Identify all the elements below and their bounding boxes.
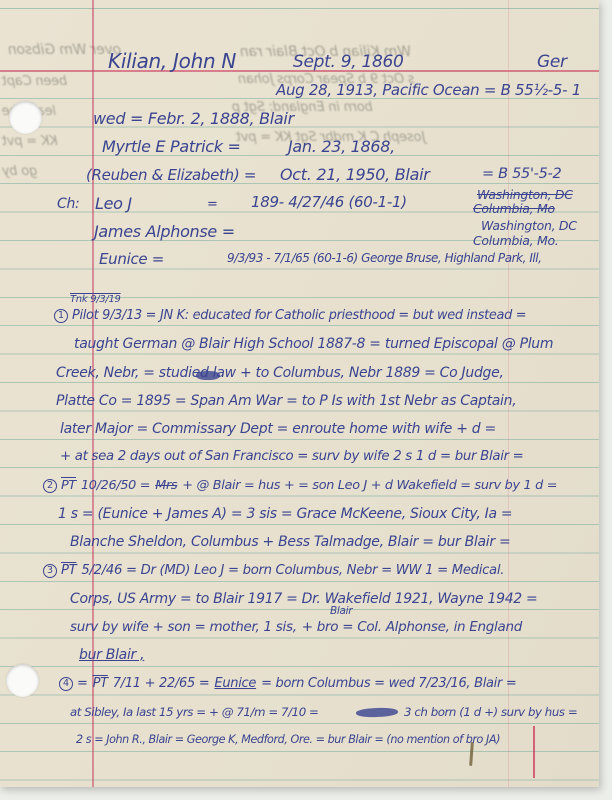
spouse-plot: = B 55'-5-2 bbox=[482, 166, 561, 182]
child-leo-eq: = bbox=[207, 197, 218, 212]
birth-date: Sept. 9, 1860 bbox=[293, 52, 404, 72]
marriage-line: wed = Febr. 2, 1888, Blair bbox=[93, 109, 294, 128]
note-3-line-2: Corps, US Army = to Blair 1917 = Dr. Wak… bbox=[70, 591, 538, 607]
child-leo-dates: 189- 4/27/46 (60-1-1) bbox=[251, 193, 407, 211]
spouse-name: Myrtle E Patrick = bbox=[102, 137, 241, 156]
punch-hole-bottom bbox=[6, 664, 39, 697]
note-4-text-1: = born Columbus = wed 7/23/16, Blair = bbox=[261, 676, 516, 691]
struck-residence-2: Columbia, Mo bbox=[473, 201, 555, 216]
note-3-text-3b: + bro = Col. Alphonse, in England bbox=[302, 619, 522, 635]
scanned-page: over Wm Gibson Wm Kilian b Oct Blair ran… bbox=[0, 0, 612, 800]
note-2-pt: PT bbox=[61, 478, 76, 493]
note-1-line-3: Creek, Nebr, = studied law + to Columbus… bbox=[56, 365, 504, 381]
note-3-text-1: 5/2/46 = Dr (MD) Leo J = born Columbus, … bbox=[81, 563, 504, 578]
struck-residence-1: Washington, DC bbox=[477, 187, 573, 202]
note-2-date: 10/26/50 = bbox=[81, 478, 150, 493]
red-pen-mark bbox=[533, 726, 535, 778]
note-4-marker: 4 bbox=[59, 677, 73, 691]
note-4-eq: = bbox=[77, 676, 88, 691]
note-4-line-2a: at Sibley, Ia last 15 yrs = + @ 71/m = 7… bbox=[70, 705, 319, 719]
note-4-pt: PT bbox=[93, 676, 108, 691]
note-1-line-6: + at sea 2 days out of San Francisco = s… bbox=[60, 449, 524, 464]
note-4-line-1: 4=PT7/11 + 22/65 =Eunice= born Columbus … bbox=[59, 676, 516, 691]
bleedthrough-text: over Wm Gibson bbox=[8, 42, 121, 58]
ink-blot bbox=[196, 371, 220, 380]
note-3-line-4: bur Blair , bbox=[79, 647, 144, 663]
note-2-marker: 2 bbox=[43, 479, 57, 493]
note-1-line-1: 1Pilot 9/3/13 = JN K: educated for Catho… bbox=[54, 308, 526, 323]
annotation: Tnk 9/3/19 bbox=[70, 294, 121, 305]
child-james: James Alphonse = bbox=[94, 222, 235, 241]
punch-hole-top bbox=[9, 101, 42, 134]
residence-1: Washington, DC bbox=[481, 218, 577, 233]
top-rule-line bbox=[0, 8, 599, 9]
note-1-line-4: Platte Co = 1895 = Span Am War = to P Is… bbox=[56, 393, 516, 409]
bleedthrough-text: been Capt bbox=[2, 74, 67, 89]
person-name: Kilian, John N bbox=[108, 49, 236, 73]
note-3-marker: 3 bbox=[43, 564, 57, 578]
spouse-birth: Jan. 23, 1868, bbox=[288, 137, 395, 156]
child-leo: Leo J bbox=[95, 194, 132, 213]
children-label: Ch: bbox=[57, 196, 79, 212]
birthplace: Ger bbox=[537, 52, 567, 72]
note-3-inserted-word: Blair bbox=[330, 605, 352, 617]
note-1-text-1: Pilot 9/3/13 = JN K: educated for Cathol… bbox=[72, 308, 526, 323]
note-1-line-2: taught German @ Blair High School 1887-8… bbox=[74, 336, 553, 352]
note-4-line-3: 2 s = John R., Blair = George K, Medford… bbox=[76, 733, 500, 746]
note-2-struck-word: Mrs bbox=[155, 478, 177, 493]
death-line: Aug 28, 1913, Pacific Ocean = B 55½-5- 1 bbox=[276, 81, 581, 99]
note-4-dates: 7/11 + 22/65 = bbox=[113, 676, 210, 691]
residence-2: Columbia, Mo. bbox=[473, 233, 558, 248]
spouse-parents: (Reuben & Elizabeth) = bbox=[86, 166, 256, 184]
note-3-line-3: surv by wife + son = mother, 1 sis,+ bro… bbox=[70, 619, 522, 635]
child-eunice: Eunice = bbox=[99, 250, 164, 268]
note-1-marker: 1 bbox=[54, 309, 68, 323]
note-2-text-1: + @ Blair = hus + = son Leo J + d Wakefi… bbox=[182, 478, 557, 493]
note-3-line-1: 3PT5/2/46 = Dr (MD) Leo J = born Columbu… bbox=[43, 563, 504, 578]
note-2-line-1: 2PT10/26/50 =Mrs+ @ Blair = hus + = son … bbox=[43, 478, 557, 493]
note-2-line-3: Blanche Sheldon, Columbus + Bess Talmadg… bbox=[70, 534, 510, 550]
note-3-pt: PT bbox=[61, 563, 76, 578]
note-2-line-2: 1 s = (Eunice + James A) = 3 sis = Grace… bbox=[58, 506, 512, 522]
note-4-line-2b: 3 ch born (1 d +) surv by hus = bbox=[404, 705, 577, 719]
child-eunice-dates: 9/3/93 - 7/1/65 (60-1-6) George Bruse, H… bbox=[227, 251, 542, 265]
spouse-death: Oct. 21, 1950, Blair bbox=[280, 165, 430, 184]
note-1-line-5: later Major = Commissary Dept = enroute … bbox=[60, 421, 496, 437]
note-4-eunice: Eunice bbox=[214, 676, 256, 691]
note-3-text-3a: surv by wife + son = mother, 1 sis, bbox=[70, 619, 297, 635]
